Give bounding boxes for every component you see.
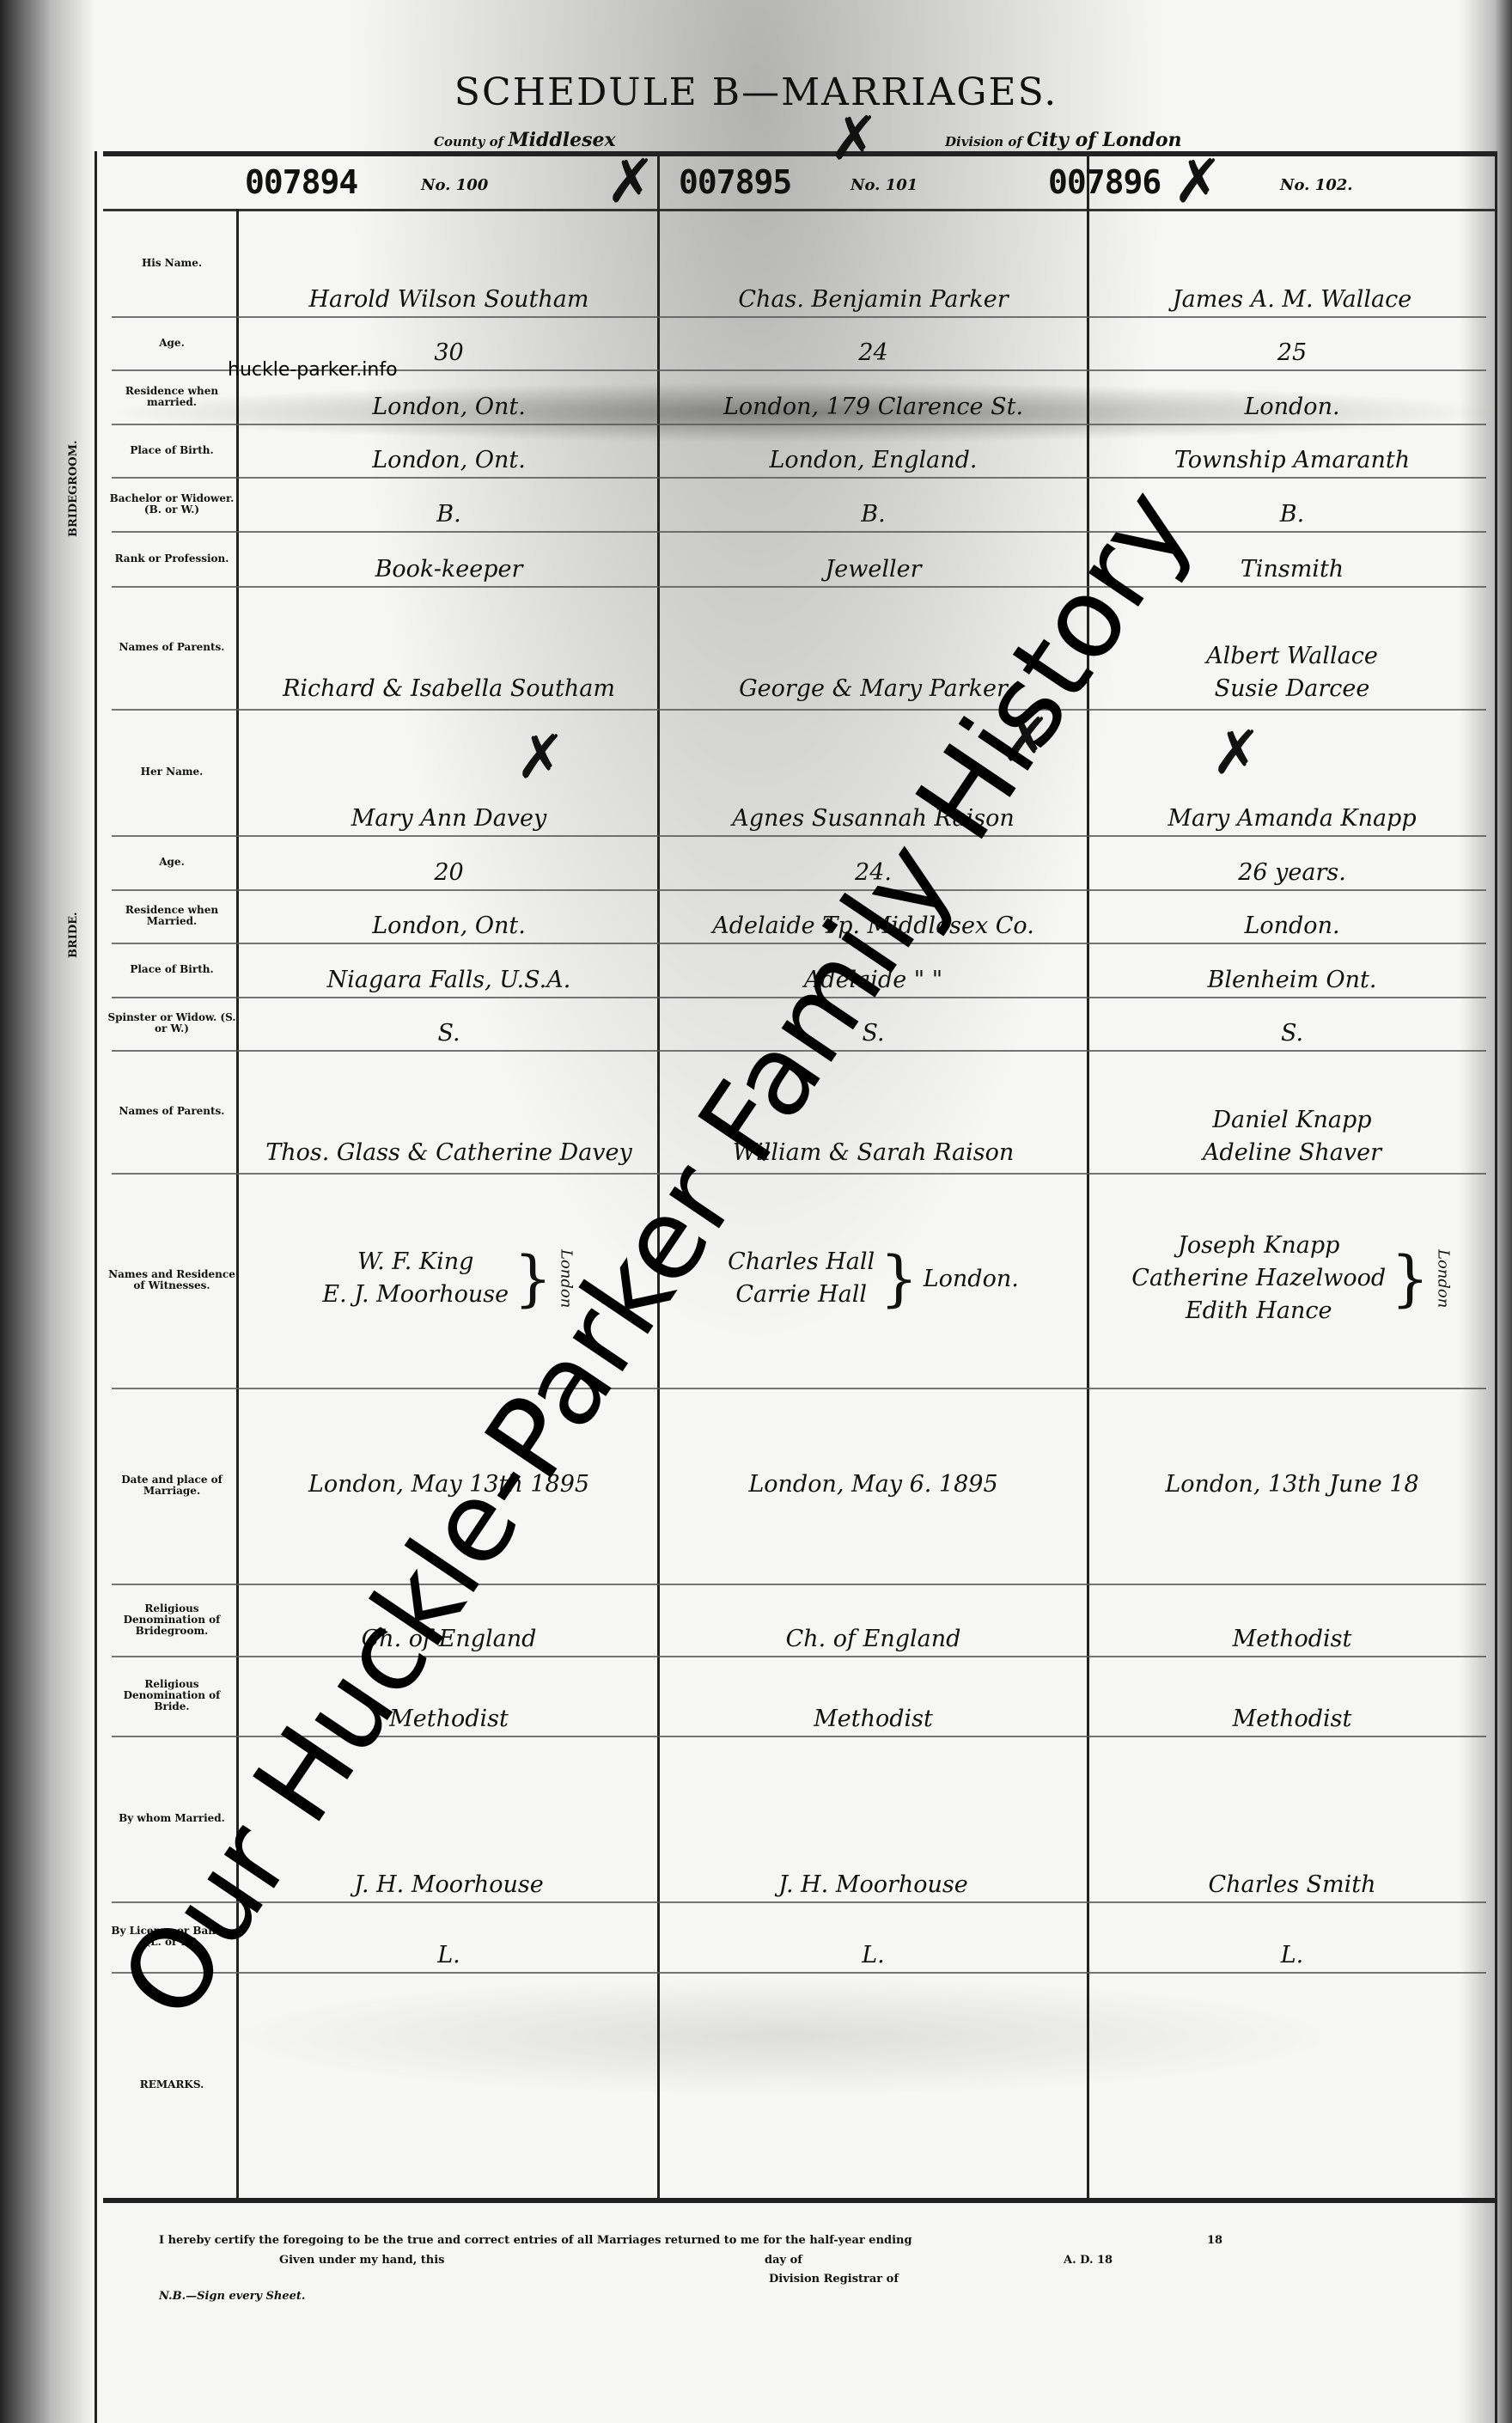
- cell-value: 26 years.: [1238, 859, 1346, 886]
- row-label-witnesses: Names and Residence of Witnesses.: [107, 1173, 236, 1388]
- cell-value: B.: [1280, 501, 1304, 528]
- entry-2-his-name: Chas. Benjamin Parker: [660, 211, 1087, 316]
- cell-value: 25: [1277, 339, 1307, 366]
- entry-1-groom-birthplace: London, Ont.: [241, 424, 657, 477]
- division-label: Division of: [945, 134, 1022, 150]
- parents-line: Daniel Knapp: [1212, 1104, 1371, 1137]
- reg-number-1: 007894: [245, 163, 357, 201]
- cross-mark-icon: ✗: [829, 103, 880, 174]
- entry-3-bride-residence: London.: [1089, 889, 1495, 943]
- entry-1-bride-parents: Thos. Glass & Catherine Davey: [241, 1050, 657, 1173]
- entry-1-bride-age: 20: [241, 835, 657, 889]
- side-label-bridegroom: BRIDEGROOM.: [67, 440, 80, 537]
- entry-2-religion-bride: Methodist: [660, 1656, 1087, 1736]
- entry-number-1: No. 100: [421, 176, 488, 194]
- entry-1-spinster-widow: S.: [241, 997, 657, 1050]
- cell-value: Methodist: [814, 1706, 933, 1732]
- entry-2-by-whom: J. H. Moorhouse: [660, 1736, 1087, 1901]
- outer-right-rule: [1495, 151, 1497, 2423]
- brace-icon: }: [514, 1248, 552, 1309]
- county-value: Middlesex: [508, 129, 615, 151]
- cross-mark-icon: ✗: [606, 146, 656, 217]
- cell-value: Methodist: [1233, 1706, 1352, 1732]
- cell-value: London, 179 Clarence St.: [723, 394, 1023, 420]
- cell-value: Mary Ann Davey: [351, 805, 547, 832]
- entry-3-groom-age: 25: [1089, 316, 1495, 369]
- row-label-groom-parents: Names of Parents.: [107, 586, 236, 709]
- row-label-groom-residence: Residence when married.: [107, 369, 236, 424]
- entry-1-bride-birthplace: Niagara Falls, U.S.A.: [241, 943, 657, 997]
- cell-value: Harold Wilson Southam: [308, 286, 588, 313]
- cell-value: B.: [436, 501, 460, 528]
- cell-value: S.: [1281, 1020, 1303, 1047]
- cell-value: 30: [434, 339, 463, 366]
- entry-1-her-name: Mary Ann Davey: [241, 709, 657, 835]
- entry-2-license-banns: L.: [660, 1901, 1087, 1972]
- entry-1-rank-profession: Book-keeper: [241, 531, 657, 586]
- cell-value: Niagara Falls, U.S.A.: [327, 967, 571, 993]
- cell-value: London, England.: [769, 447, 977, 473]
- cell-value: Blenheim Ont.: [1208, 967, 1377, 993]
- table-bottom-rule: [103, 2198, 1495, 2203]
- entry-2-rank-profession: Jeweller: [660, 531, 1087, 586]
- witness-name: W. F. King: [357, 1246, 473, 1279]
- header-rule: [103, 151, 1495, 156]
- entry-2-groom-residence: London, 179 Clarence St.: [660, 369, 1087, 424]
- division-value: City of London: [1027, 129, 1181, 151]
- row-label-her-name: Her Name.: [107, 709, 236, 835]
- entry-3-bride-parents: Daniel KnappAdeline Shaver: [1089, 1050, 1495, 1173]
- row-label-date-place: Date and place of Marriage.: [107, 1388, 236, 1584]
- witness-residence: London.: [924, 1266, 1019, 1292]
- page-title: SCHEDULE B—MARRIAGES.: [0, 70, 1512, 114]
- parents-line: Adeline Shaver: [1203, 1137, 1381, 1169]
- division-field: Division of City of London: [945, 129, 1182, 151]
- cell-value: L.: [437, 1942, 460, 1968]
- cell-value: London, Ont.: [372, 447, 526, 473]
- witness-name: Joseph Knapp: [1178, 1230, 1339, 1262]
- entry-1-bachelor-widower: B.: [241, 477, 657, 531]
- cell-value: B.: [861, 501, 885, 528]
- cell-value: London.: [1244, 912, 1339, 939]
- entry-3-by-whom: Charles Smith: [1089, 1736, 1495, 1901]
- entry-number-3: No. 102.: [1280, 176, 1353, 194]
- row-label-bride-parents: Names of Parents.: [107, 1050, 236, 1173]
- cell-value: Chas. Benjamin Parker: [738, 286, 1008, 313]
- side-label-bride: BRIDE.: [67, 912, 80, 958]
- entry-3-bride-age: 26 years.: [1089, 835, 1495, 889]
- witness-name: E. J. Moorhouse: [322, 1279, 509, 1311]
- cell-value: S.: [437, 1020, 460, 1047]
- cell-value: J. H. Moorhouse: [778, 1871, 968, 1898]
- cell-value: L.: [1281, 1942, 1304, 1968]
- certify-text: I hereby certify the foregoing to be the…: [159, 2234, 912, 2247]
- entry-2-religion-groom: Ch. of England: [660, 1584, 1087, 1656]
- watermark-site: huckle-parker.info: [228, 359, 398, 381]
- row-label-rank-profession: Rank or Profession.: [107, 531, 236, 586]
- entry-2-date-place: London, May 6. 1895: [660, 1388, 1087, 1584]
- cell-value: L.: [862, 1942, 885, 1968]
- witness-name: Charles Hall: [728, 1246, 875, 1279]
- entry-3-bride-birthplace: Blenheim Ont.: [1089, 943, 1495, 997]
- row-label-religion-bride: Religious Denomination of Bride.: [107, 1656, 236, 1736]
- parents-line: Susie Darcee: [1215, 673, 1370, 705]
- witness-name: Catherine Hazelwood: [1131, 1262, 1386, 1295]
- entry-1-bride-residence: London, Ont.: [241, 889, 657, 943]
- cell-value: Tinsmith: [1241, 556, 1344, 583]
- entry-1-his-name: Harold Wilson Southam: [241, 211, 657, 316]
- entry-3-license-banns: L.: [1089, 1901, 1495, 1972]
- entry-2-remarks: [660, 1972, 1087, 2198]
- cell-value: London, Ont.: [372, 912, 526, 939]
- row-label-religion-groom: Religious Denomination of Bridegroom.: [107, 1584, 236, 1656]
- entry-1-groom-parents: Richard & Isabella Southam: [241, 586, 657, 709]
- row-label-bride-residence: Residence when Married.: [107, 889, 236, 943]
- entry-3-witnesses: Joseph KnappCatherine HazelwoodEdith Han…: [1089, 1173, 1495, 1388]
- entry-3-religion-bride: Methodist: [1089, 1656, 1495, 1736]
- entry-3-remarks: [1089, 1972, 1495, 2198]
- entry-1-remarks: [241, 1972, 657, 2198]
- row-label-bachelor-widower: Bachelor or Widower. (B. or W.): [107, 477, 236, 531]
- outer-left-rule: [94, 151, 97, 2423]
- cell-value: 24: [858, 339, 887, 366]
- entry-number-2: No. 101: [850, 176, 918, 194]
- certify-year: 18: [1207, 2234, 1222, 2247]
- cell-value: J. H. Moorhouse: [354, 1871, 544, 1898]
- given-text: Given under my hand, this: [279, 2254, 445, 2267]
- county-label: County of: [434, 134, 503, 150]
- parents-line: Albert Wallace: [1206, 640, 1378, 673]
- row-label-spinster-widow: Spinster or Widow. (S. or W.): [107, 997, 236, 1050]
- cell-value: James A. M. Wallace: [1173, 286, 1411, 313]
- cell-value: Mary Amanda Knapp: [1168, 805, 1416, 832]
- entry-2-bachelor-widower: B.: [660, 477, 1087, 531]
- county-field: County of Middlesex: [434, 129, 616, 151]
- cell-value: London, May 6. 1895: [748, 1471, 997, 1498]
- entry-1-license-banns: L.: [241, 1901, 657, 1972]
- cell-value: Township Amaranth: [1174, 447, 1410, 473]
- row-label-his-name: His Name.: [107, 211, 236, 316]
- parents-line: Thos. Glass & Catherine Davey: [265, 1137, 632, 1169]
- entry-3-date-place: London, 13th June 18: [1089, 1388, 1495, 1584]
- cell-value: London, Ont.: [372, 394, 526, 420]
- cell-value: Jeweller: [825, 556, 921, 583]
- cross-mark-icon: ✗: [1173, 146, 1223, 217]
- reg-number-3: 007896: [1048, 163, 1161, 201]
- cell-value: Methodist: [1233, 1626, 1352, 1652]
- witness-residence: London: [1435, 1249, 1453, 1308]
- cell-value: 20: [434, 859, 463, 886]
- cell-value: London, 13th June 18: [1165, 1471, 1418, 1498]
- ad-text: A. D. 18: [1064, 2254, 1113, 2267]
- row-label-groom-birthplace: Place of Birth.: [107, 424, 236, 477]
- cell-value: Book-keeper: [375, 556, 523, 583]
- brace-icon: }: [880, 1248, 918, 1309]
- row-label-groom-age: Age.: [107, 316, 236, 369]
- row-label-bride-birthplace: Place of Birth.: [107, 943, 236, 997]
- entry-3-his-name: James A. M. Wallace: [1089, 211, 1495, 316]
- entry-3-groom-residence: London.: [1089, 369, 1495, 424]
- row-label-bride-age: Age.: [107, 835, 236, 889]
- reg-number-2: 007895: [679, 163, 791, 201]
- nb-text: N.B.—Sign every Sheet.: [159, 2290, 305, 2303]
- entry-3-spinster-widow: S.: [1089, 997, 1495, 1050]
- witness-name: Carrie Hall: [735, 1279, 867, 1311]
- brace-icon: }: [1391, 1248, 1430, 1309]
- parents-line: Richard & Isabella Southam: [283, 673, 615, 705]
- registrar-text: Division Registrar of: [769, 2273, 899, 2286]
- entry-3-her-name: Mary Amanda Knapp: [1089, 709, 1495, 835]
- cell-value: Ch. of England: [786, 1626, 961, 1652]
- day-of-text: day of: [765, 2254, 802, 2267]
- entry-2-groom-age: 24: [660, 316, 1087, 369]
- witness-name: Edith Hance: [1186, 1295, 1332, 1327]
- entry-2-groom-birthplace: London, England.: [660, 424, 1087, 477]
- entry-3-religion-groom: Methodist: [1089, 1584, 1495, 1656]
- cell-value: London.: [1244, 394, 1339, 420]
- cell-value: Charles Smith: [1208, 1871, 1375, 1898]
- entry-3-groom-birthplace: Township Amaranth: [1089, 424, 1495, 477]
